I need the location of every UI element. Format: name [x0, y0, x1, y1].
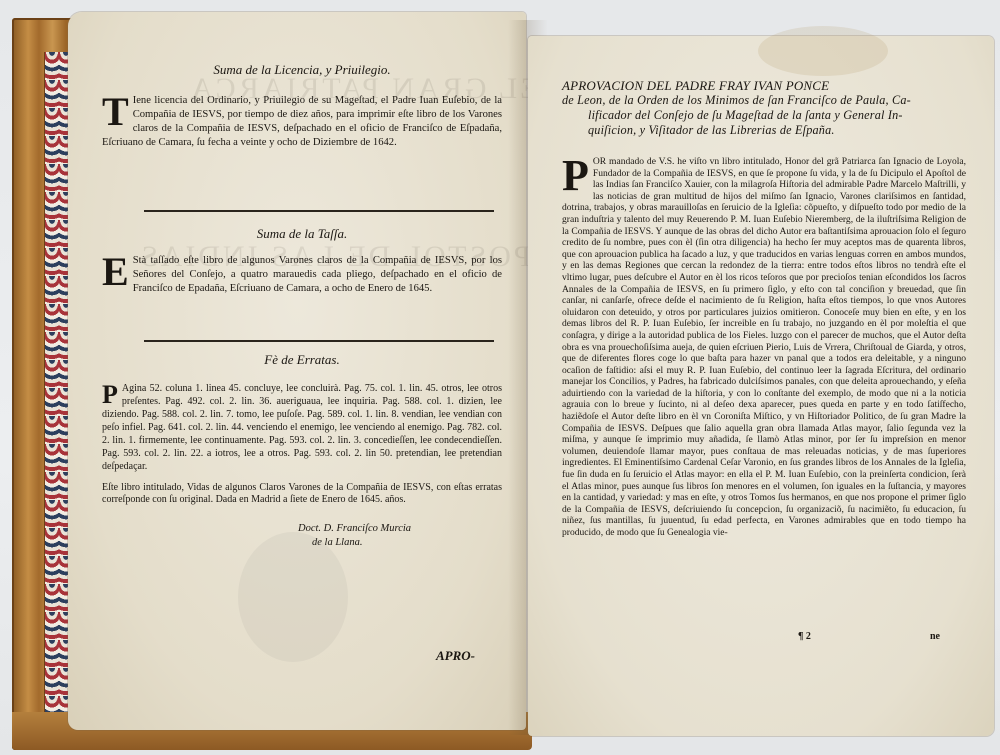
tassa-dropcap: E [102, 256, 129, 288]
certificate-text: Eſte libro intitulado, Vidas de algunos … [102, 482, 502, 506]
divider-rule [144, 210, 494, 212]
aprovacion-body: P OR mandado de V.S. he viſto vn libro i… [562, 156, 966, 539]
erratas-section: Fè de Erratas. P Agina 52. coluna 1. lin… [102, 352, 502, 473]
heading-line-2: de Leon, de la Orden de los Minimos de ſ… [562, 93, 962, 108]
erratas-title: Fè de Erratas. [102, 352, 502, 368]
heading-line-3: lificador del Conſejo de ſu Mageſtad de … [562, 108, 962, 123]
catchword: APRO- [436, 648, 475, 664]
signature-line-1: Doct. D. Franciſco Murcia [298, 522, 458, 536]
tassa-title: Suma de la Taſſa. [102, 226, 502, 242]
aprovacion-text: OR mandado de V.S. he viſto vn libro int… [562, 156, 966, 539]
catchword: ne [930, 631, 940, 642]
signature-mark: ¶ 2 [798, 631, 811, 642]
divider-rule [144, 340, 494, 342]
printer-mark-show-through [238, 532, 348, 662]
certificate-section: Eſte libro intitulado, Vidas de algunos … [102, 482, 502, 506]
right-page: APROVACION DEL PADRE FRAY IVAN PONCE de … [528, 36, 994, 736]
aprovacion-dropcap: P [562, 158, 589, 194]
aprovacion-heading: APROVACION DEL PADRE FRAY IVAN PONCE de … [562, 78, 962, 138]
erratas-text: Agina 52. coluna 1. linea 45. concluye, … [102, 382, 502, 473]
tassa-section: Suma de la Taſſa. E Stà taſſado eſte lib… [102, 226, 502, 296]
water-stain [758, 26, 888, 76]
heading-line-1: APROVACION DEL PADRE FRAY IVAN PONCE [562, 78, 962, 93]
erratas-dropcap: P [102, 384, 118, 406]
licencia-dropcap: T [102, 96, 129, 128]
licencia-text: Iene licencia del Ordinario, y Priuilegi… [102, 94, 502, 150]
heading-line-4: quiſicion, y Viſitador de las Librerias … [562, 123, 962, 138]
licencia-title: Suma de la Licencia, y Priuilegio. [102, 62, 502, 78]
licencia-section: Suma de la Licencia, y Priuilegio. T Ien… [102, 62, 502, 150]
tassa-text: Stà taſſado eſte libro de algunos Varone… [102, 254, 502, 296]
left-page: DEL GRAN PATRIARCA EL APOSTOL DE LAS IND… [68, 12, 526, 730]
